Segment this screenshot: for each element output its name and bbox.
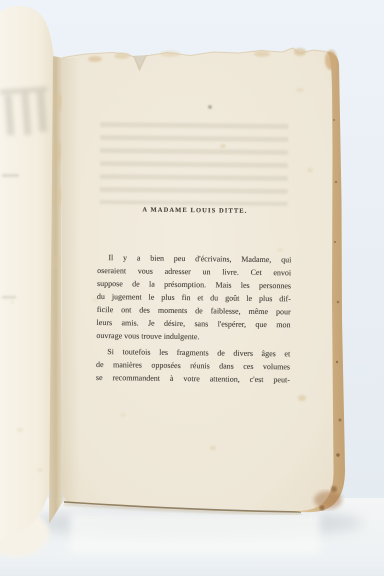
dedication-line: se recommandent à votre attention, c'est… <box>96 371 290 386</box>
right-page-inner-shade <box>62 58 80 502</box>
show-through-text <box>100 122 289 206</box>
dedication-text: A MADAME LOUIS DITTE. Il y a bien peu d'… <box>96 206 292 386</box>
dedication-line: ouvrage vous trouve indulgente. <box>96 329 290 344</box>
dedication-heading: A MADAME LOUIS DITTE. <box>98 206 292 215</box>
book-photo: A MADAME LOUIS DITTE. Il y a bien peu d'… <box>0 0 384 576</box>
show-through-numeral <box>0 86 50 136</box>
paragraph-1: Il y a bien peu d'écrivains, Madame, qui… <box>96 251 291 344</box>
left-turned-page <box>0 6 56 540</box>
surface-highlight <box>70 512 320 554</box>
dedication-paragraphs: Il y a bien peu d'écrivains, Madame, qui… <box>96 251 292 386</box>
paragraph-2: Si toutefois les fragments de divers âge… <box>96 345 290 386</box>
